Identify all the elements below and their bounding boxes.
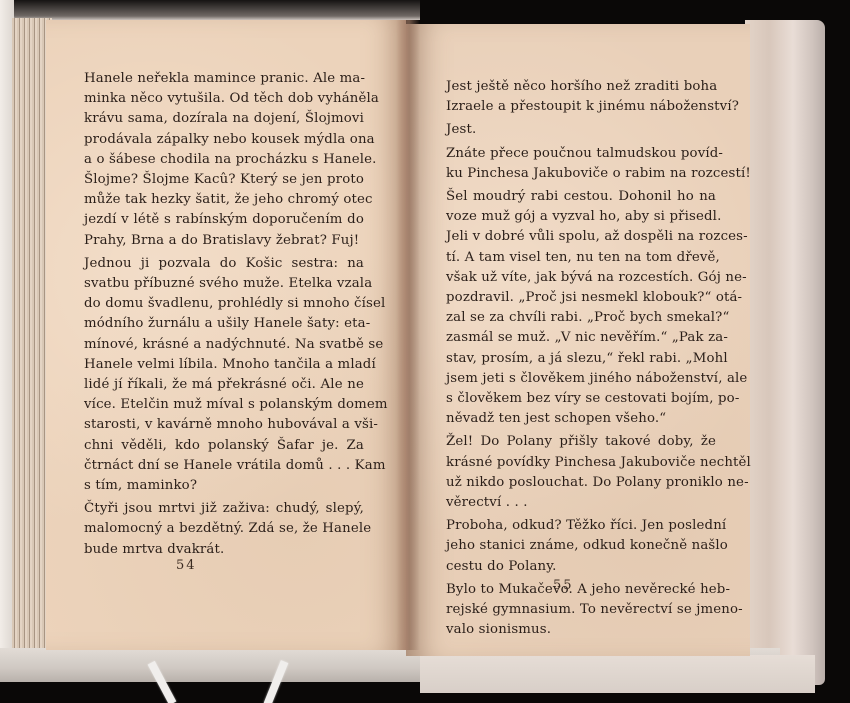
- text-line: s tím, maminko?: [64, 476, 364, 496]
- text-line: Prahy, Brna a do Bratislavy žebrat? Fuj!: [64, 231, 364, 251]
- paragraph: Proboha, odkud? Těžko říci. Jen poslední…: [426, 516, 716, 577]
- text-line: Šel moudrý rabi cestou. Dohonil ho na: [426, 187, 716, 207]
- paragraph: Jest ještě něco horšího než zraditi boha…: [426, 77, 716, 117]
- text-line: Jednou ji pozvala do Košic sestra: na: [64, 254, 364, 274]
- text-line: krávu sama, dozírala na dojení, Šlojmovi: [64, 109, 364, 129]
- text-line: malomocný a bezdětný. Zdá se, že Hanele: [64, 519, 364, 539]
- text-line: voze muž gój a vyzval ho, aby si přisedl…: [426, 207, 716, 227]
- text-line: starosti, v kavárně mnoho hubovával a vš…: [64, 415, 364, 435]
- text-line: valo sionismus.: [426, 620, 716, 640]
- text-line: chni věděli, kdo polanský Šafar je. Za: [64, 436, 364, 456]
- text-line: svatbu příbuzné svého muže. Etelka vzala: [64, 274, 364, 294]
- paragraph: Znáte přece poučnou talmudskou povíd-ku …: [426, 144, 716, 184]
- text-line: do domu švadlenu, prohlédly si mnoho čís…: [64, 294, 364, 314]
- text-line: tí. A tam visel ten, nu ten na tom dřevě…: [426, 248, 716, 268]
- text-line: jezdí v létě s rabínským doporučením do: [64, 210, 364, 230]
- text-line: cestu do Polany.: [426, 557, 716, 577]
- text-line: mínové, krásné a nadýchnuté. Na svatbě s…: [64, 335, 364, 355]
- text-line: zal se za chvíli rabi. „Proč bych smekal…: [426, 308, 716, 328]
- text-line: rejské gymnasium. To nevěrectví se jmeno…: [426, 600, 716, 620]
- text-line: Proboha, odkud? Těžko říci. Jen poslední: [426, 516, 716, 536]
- text-line: však už víte, jak bývá na rozcestích. Gó…: [426, 268, 716, 288]
- left-page-text: Hanele neřekla mamince pranic. Ale ma-mi…: [64, 69, 364, 563]
- text-line: pozdravil. „Proč jsi nesmekl klobouk?“ o…: [426, 288, 716, 308]
- paragraph: Jest.: [426, 120, 716, 140]
- text-line: Žel! Do Polany přišly takové doby, že: [426, 432, 716, 452]
- text-line: něvadž ten jest schopen všeho.“: [426, 409, 716, 429]
- text-line: už nikdo poslouchat. Do Polany proniklo …: [426, 473, 716, 493]
- text-line: Hanele velmi líbila. Mnoho tančila a mla…: [64, 355, 364, 375]
- text-line: více. Etelčin muž míval s polanským dome…: [64, 395, 364, 415]
- text-line: Znáte přece poučnou talmudskou povíd-: [426, 144, 716, 164]
- paragraph: Žel! Do Polany přišly takové doby, žekrá…: [426, 432, 716, 513]
- text-line: Jest ještě něco horšího než zraditi boha: [426, 77, 716, 97]
- text-line: Jest.: [426, 120, 716, 140]
- right-page: Jest ještě něco horšího než zraditi boha…: [406, 24, 750, 656]
- text-line: věrectví . . .: [426, 493, 716, 513]
- top-shadow: [10, 0, 420, 20]
- book-bottom-edge-right: [420, 655, 815, 693]
- page-number-right: 55: [553, 578, 574, 593]
- text-line: módního žurnálu a ušily Hanele šaty: eta…: [64, 314, 364, 334]
- right-page-stack: [745, 20, 825, 685]
- text-line: Hanele neřekla mamince pranic. Ale ma-: [64, 69, 364, 89]
- text-line: bude mrtva dvakrát.: [64, 540, 364, 560]
- text-line: může tak hezky šatit, že jeho chromý ote…: [64, 190, 364, 210]
- text-line: Jeli v dobré vůli spolu, až dospěli na r…: [426, 227, 716, 247]
- text-line: lidé jí říkali, že má překrásné oči. Ale…: [64, 375, 364, 395]
- text-line: prodávala zápalky nebo kousek mýdla ona: [64, 130, 364, 150]
- text-line: čtrnáct dní se Hanele vrátila domů . . .…: [64, 456, 364, 476]
- book-gutter: [396, 20, 420, 650]
- page-number-left: 54: [176, 558, 197, 573]
- text-line: krásné povídky Pinchesa Jakuboviče necht…: [426, 453, 716, 473]
- text-line: Čtyři jsou mrtvi již zaživa: chudý, slep…: [64, 499, 364, 519]
- text-line: Šlojme? Šlojme Kacû? Který se jen proto: [64, 170, 364, 190]
- text-line: Izraele a přestoupit k jinému náboženstv…: [426, 97, 716, 117]
- text-line: jsem jeti s člověkem jiného náboženství,…: [426, 369, 716, 389]
- text-line: stav, prosím, a já slezu,“ řekl rabi. „M…: [426, 349, 716, 369]
- text-line: jeho stanici známe, odkud konečně našlo: [426, 536, 716, 556]
- paragraph: Jednou ji pozvala do Košic sestra: nasva…: [64, 254, 364, 496]
- right-page-text: Jest ještě něco horšího než zraditi boha…: [426, 77, 716, 643]
- text-line: minka něco vytušila. Od těch dob vyháněl…: [64, 89, 364, 109]
- paragraph: Hanele neřekla mamince pranic. Ale ma-mi…: [64, 69, 364, 251]
- paragraph: Šel moudrý rabi cestou. Dohonil ho navoz…: [426, 187, 716, 429]
- paragraph: Čtyři jsou mrtvi již zaživa: chudý, slep…: [64, 499, 364, 560]
- text-line: s člověkem bez víry se cestovati bojím, …: [426, 389, 716, 409]
- text-line: zasmál se muž. „V nic nevěřím.“ „Pak za-: [426, 328, 716, 348]
- text-line: a o šábese chodila na procházku s Hanele…: [64, 150, 364, 170]
- text-line: ku Pinchesa Jakuboviče o rabim na rozces…: [426, 164, 716, 184]
